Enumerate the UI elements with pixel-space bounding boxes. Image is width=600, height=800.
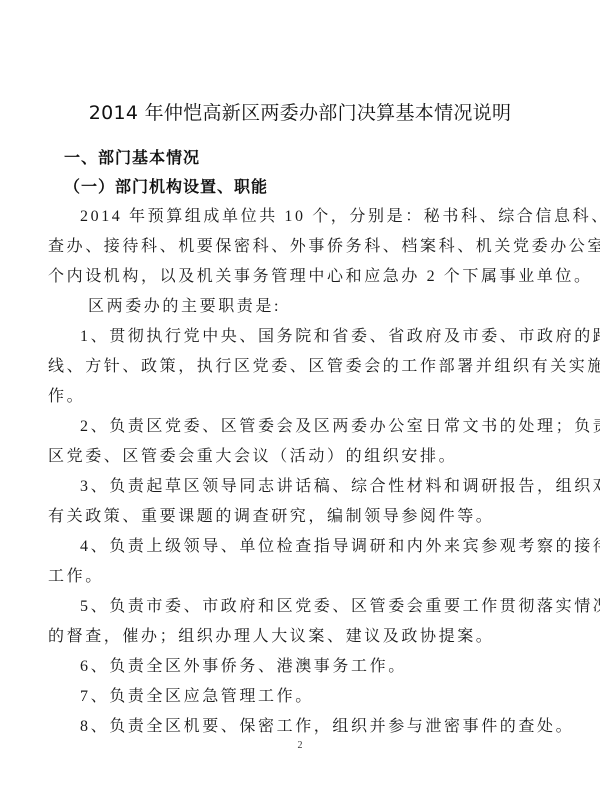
- paragraph-line: 有关政策、重要课题的调查研究，编制领导参阅件等。: [48, 503, 494, 526]
- page-number: 2: [0, 740, 600, 751]
- subsection-heading: （一）部门机构设置、职能: [64, 174, 268, 197]
- paragraph-line: 7、负责全区应急管理工作。: [80, 683, 314, 706]
- paragraph-line: 作。: [48, 383, 85, 406]
- document-title: 2014 年仲恺高新区两委办部门决算基本情况说明: [0, 98, 600, 125]
- paragraph-line: 1、贯彻执行党中央、国务院和省委、省政府及市委、市政府的路: [80, 323, 600, 346]
- paragraph-line: 区两委办的主要职责是:: [88, 293, 281, 316]
- section-heading: 一、部门基本情况: [64, 145, 200, 168]
- paragraph-line: 8、负责全区机要、保密工作，组织并参与泄密事件的查处。: [80, 713, 574, 736]
- paragraph-line: 3、负责起草区领导同志讲话稿、综合性材料和调研报告，组织对: [80, 473, 600, 496]
- paragraph-line: 的督查，催办；组织办理人大议案、建议及政协提案。: [48, 623, 494, 646]
- paragraph-line: 线、方针、政策，执行区党委、区管委会的工作部署并组织有关实施工: [48, 353, 600, 376]
- paragraph-line: 5、负责市委、市政府和区党委、区管委会重要工作贯彻落实情况: [80, 593, 600, 616]
- paragraph-line: 个内设机构，以及机关事务管理中心和应急办 2 个下属事业单位。: [48, 263, 593, 286]
- document-page: 2014 年仲恺高新区两委办部门决算基本情况说明 一、部门基本情况 （一）部门机…: [0, 0, 600, 800]
- paragraph-line: 区党委、区管委会重大会议（活动）的组织安排。: [48, 443, 457, 466]
- paragraph-line: 工作。: [48, 563, 104, 586]
- paragraph-line: 2、负责区党委、区管委会及区两委办公室日常文书的处理；负责: [80, 413, 600, 436]
- paragraph-line: 4、负责上级领导、单位检查指导调研和内外来宾参观考察的接待: [80, 533, 600, 556]
- paragraph-line: 6、负责全区外事侨务、港澳事务工作。: [80, 653, 407, 676]
- paragraph-line: 2014 年预算组成单位共 10 个，分别是：秘书科、综合信息科、督: [80, 203, 600, 226]
- paragraph-line: 查办、接待科、机要保密科、外事侨务科、档案科、机关党委办公室 8: [48, 233, 600, 256]
